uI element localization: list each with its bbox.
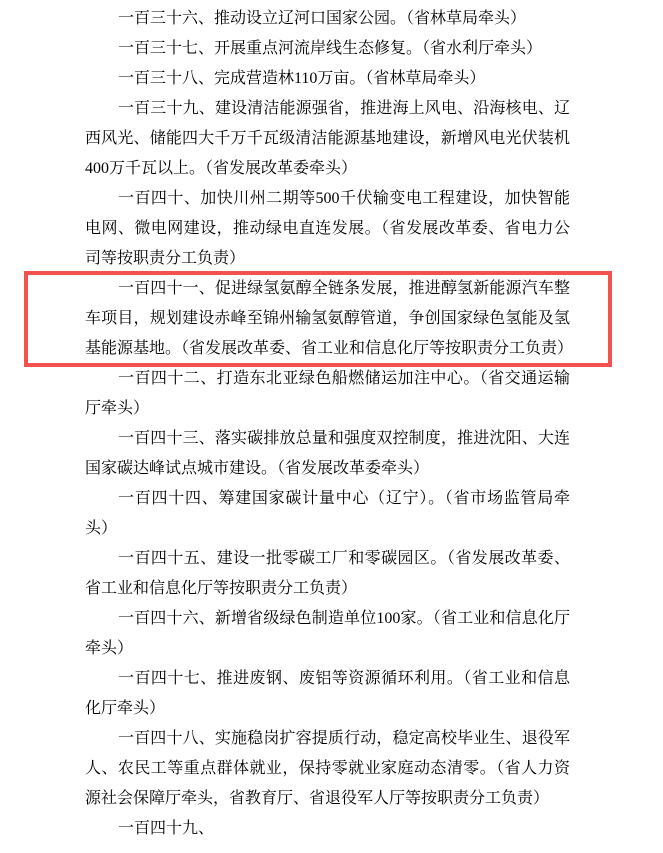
policy-item-145: 一百四十五、建设一批零碳工厂和零碳园区。（省发展改革委、省工业和信息化厅等按职责…: [85, 544, 570, 604]
highlighted-paragraph-wrap: 一百四十一、促进绿氢氨醇全链条发展，推进醇氢新能源汽车整车项目，规划建设赤峰至锦…: [85, 274, 570, 364]
policy-item-142: 一百四十二、打造东北亚绿色船燃储运加注中心。（省交通运输厅牵头）: [85, 364, 570, 424]
policy-item-list: 一百三十六、推动设立辽河口国家公园。（省林草局牵头） 一百三十七、开展重点河流岸…: [85, 4, 570, 844]
policy-item-141: 一百四十一、促进绿氢氨醇全链条发展，推进醇氢新能源汽车整车项目，规划建设赤峰至锦…: [85, 274, 570, 364]
policy-item-139: 一百三十九、建设清洁能源强省，推进海上风电、沿海核电、辽西风光、储能四大千万千瓦…: [85, 94, 570, 184]
policy-item-143: 一百四十三、落实碳排放总量和强度双控制度，推进沈阳、大连国家碳达峰试点城市建设。…: [85, 424, 570, 484]
policy-item-136: 一百三十六、推动设立辽河口国家公园。（省林草局牵头）: [85, 4, 570, 34]
policy-item-137: 一百三十七、开展重点河流岸线生态修复。（省水利厅牵头）: [85, 34, 570, 64]
policy-item-148: 一百四十八、实施稳岗扩容提质行动，稳定高校毕业生、退役军人、农民工等重点群体就业…: [85, 724, 570, 814]
document-page: 一百三十六、推动设立辽河口国家公园。（省林草局牵头） 一百三十七、开展重点河流岸…: [0, 0, 663, 853]
policy-item-144: 一百四十四、筹建国家碳计量中心（辽宁）。（省市场监管局牵头）: [85, 484, 570, 544]
policy-item-140: 一百四十、加快川州二期等500千伏输变电工程建设，加快智能电网、微电网建设，推动…: [85, 184, 570, 274]
policy-item-147: 一百四十七、推进废钢、废铝等资源循环利用。（省工业和信息化厅牵头）: [85, 664, 570, 724]
policy-item-146: 一百四十六、新增省级绿色制造单位100家。（省工业和信息化厅牵头）: [85, 604, 570, 664]
policy-item-149-partial: 一百四十九、: [85, 814, 570, 844]
policy-item-138: 一百三十八、完成营造林110万亩。（省林草局牵头）: [85, 64, 570, 94]
